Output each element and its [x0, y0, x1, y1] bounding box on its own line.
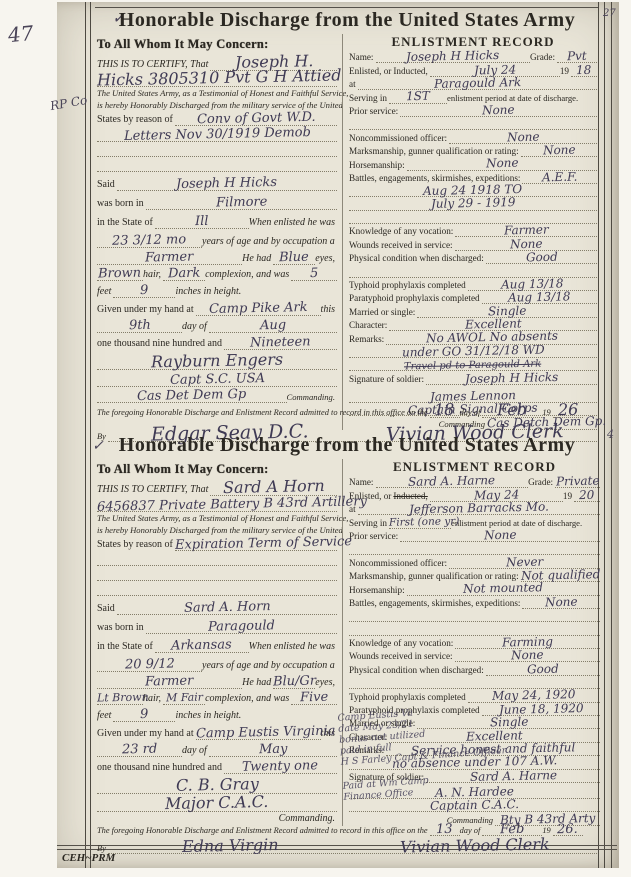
- wounds-handwritten: None: [509, 239, 542, 249]
- character-label: Character:: [349, 320, 389, 331]
- finance-paid-stamp-lines: Camp Eustis Va date May 23/21 bonus not …: [337, 702, 506, 768]
- blank-rule: [349, 129, 597, 130]
- reason-label: States by reason of: [97, 539, 175, 551]
- commanding-label: Commanding.: [287, 392, 337, 403]
- height-feet-handwritten: Five: [300, 693, 328, 703]
- reason-handwritten: Expiration Term of Service: [175, 537, 352, 550]
- character-handwritten: Excellent: [465, 319, 522, 329]
- officer-unit: Cas Det Dem Gp: [137, 390, 246, 402]
- vocation-label: Knowledge of any vocation:: [349, 638, 455, 649]
- blank-rule: [349, 635, 600, 636]
- blank-rule: [349, 223, 597, 224]
- marksmanship-handwritten: None: [542, 146, 575, 156]
- left-binding-rule-2: [90, 2, 91, 868]
- height-inches-handwritten: 9: [140, 286, 148, 296]
- when-enlisted-label: When enlisted he was: [249, 641, 337, 653]
- blank-rule: [97, 156, 337, 157]
- height-inches-handwritten: 9: [140, 710, 148, 720]
- day-handwritten: 9th: [128, 321, 150, 331]
- admitted-year: 26.: [557, 824, 578, 834]
- serving-label: Serving in: [349, 518, 389, 529]
- prior-service-label: Prior service:: [349, 531, 400, 542]
- admitted-day: 18: [434, 403, 455, 415]
- nco-label: Noncommissioned officer:: [349, 133, 449, 144]
- physical-handwritten: Good: [527, 664, 559, 674]
- enlisted-or-label: Enlisted, or: [349, 66, 393, 77]
- certificate-columns: To All Whom It May Concern: THIS IS TO C…: [97, 459, 597, 826]
- feet-label: feet: [97, 710, 113, 722]
- clerk-signature: Vivian Wood Clerk: [400, 838, 550, 853]
- enlist-date-handwritten: July 24: [474, 65, 516, 75]
- this-label: this: [321, 304, 337, 316]
- day-handwritten: 23 rd: [122, 745, 157, 755]
- feet-label: feet: [97, 286, 113, 298]
- year-handwritten: Twenty one: [242, 761, 318, 772]
- left-binding-rule-1: [85, 2, 86, 868]
- blank-rule: [97, 565, 337, 566]
- remarks-handwritten-2: under GO 31/12/18 WD: [402, 345, 545, 357]
- enlist-place-handwritten: Paragould Ark: [434, 78, 521, 89]
- age-handwritten: 20 9/12: [124, 659, 174, 670]
- by-label: By: [97, 844, 108, 854]
- said-name-handwritten: Joseph H Hicks: [176, 178, 277, 190]
- nco-handwritten: Never: [506, 557, 543, 567]
- admitted-day: 13: [436, 824, 453, 834]
- vocation-label: Knowledge of any vocation:: [349, 226, 455, 237]
- age-handwritten: 23 3/12 mo: [112, 235, 186, 246]
- said-name-handwritten: Sard A. Horn: [183, 602, 270, 614]
- certificate-columns: To All Whom It May Concern: THIS IS TO C…: [97, 34, 597, 430]
- blank-rule: [349, 554, 600, 555]
- typhoid-handwritten: May 24, 1920: [492, 691, 576, 702]
- state-label: in the State of: [97, 641, 155, 653]
- year-words-label: one thousand nine hundred and: [97, 338, 224, 350]
- at-label: at: [349, 79, 358, 90]
- reason-handwritten-2: Letters Nov 30/1919 Demob: [123, 128, 310, 142]
- year-handwritten: Nineteen: [250, 337, 311, 348]
- wounds-handwritten: None: [511, 651, 544, 661]
- month-handwritten: May: [259, 745, 288, 755]
- typhoid-handwritten: Aug 13/18: [501, 279, 564, 289]
- born-label: was born in: [97, 198, 146, 210]
- serving-post-label: enlistment period at date of discharge.: [451, 518, 584, 529]
- said-label: Said: [97, 179, 117, 191]
- occupation-handwritten: Farmer: [145, 252, 194, 263]
- officer-rank: Major C.A.C.: [165, 796, 269, 810]
- year-words-label: one thousand nine hundred and: [97, 762, 224, 774]
- scanned-register-page: 47 27 ✓ ✓ RP Co 4 CEH~PRM Honorable Disc…: [0, 0, 631, 877]
- grade-label: Grade:: [528, 477, 555, 488]
- married-handwritten: Single: [488, 306, 527, 316]
- day-of-label: day of: [182, 745, 209, 757]
- he-had-label: He had: [242, 677, 273, 689]
- paratyphoid-handwritten: June 18, 1920: [498, 704, 583, 715]
- vocation-handwritten: Farming: [502, 637, 553, 647]
- birthplace-handwritten: Paragould: [208, 621, 275, 632]
- discharge-certificate-1: Honorable Discharge from the United Stat…: [97, 9, 597, 430]
- soldier-name-handwritten: Sard A Horn: [223, 480, 325, 494]
- officer-rank: Capt S.C. USA: [169, 374, 264, 386]
- serving-label: Serving in: [349, 93, 389, 104]
- vocation-handwritten: Farmer: [504, 226, 549, 236]
- horsemanship-handwritten: Not mounted: [463, 583, 543, 594]
- inches-label: inches in height.: [175, 710, 243, 722]
- nco-handwritten: None: [507, 132, 540, 142]
- grade-handwritten: Private: [556, 477, 600, 487]
- complexion-label: complexion, and was: [205, 269, 291, 281]
- prior-service-handwritten: None: [482, 105, 515, 115]
- physical-label: Physical condition when discharged:: [349, 665, 486, 676]
- certificate-title: Honorable Discharge from the United Stat…: [97, 434, 597, 456]
- prior-service-label: Prior service:: [349, 106, 400, 117]
- occupation-handwritten: Farmer: [145, 676, 194, 687]
- soldier-serial-unit-handwritten: Hicks 3805310 Pvt G H Attied: [97, 69, 342, 86]
- admitted-month: Feb: [497, 403, 527, 416]
- nco-label: Noncommissioned officer:: [349, 558, 449, 569]
- officer-signature: C. B. Gray: [175, 778, 258, 792]
- officer-signature: Rayburn Engers: [151, 354, 283, 369]
- folio-number-right: 27: [603, 8, 616, 19]
- hair-handwritten: Lt Brown: [97, 693, 149, 702]
- day-of-label: day of: [460, 826, 483, 836]
- physical-label: Physical condition when discharged:: [349, 253, 486, 264]
- hair-handwritten: Brown: [98, 269, 141, 280]
- paratyphoid-label: Paratyphoid prophylaxis completed: [349, 293, 482, 304]
- record-name-handwritten: Joseph H Hicks: [406, 51, 499, 62]
- inches-label: inches in height.: [175, 286, 243, 298]
- grade-handwritten: Pvt: [567, 52, 587, 61]
- testimonial-line-1: The United States Army, as a Testimonial…: [97, 88, 350, 99]
- blank-rule: [97, 595, 337, 596]
- reason-label: States by reason of: [97, 114, 175, 126]
- hair-label: hair,: [143, 269, 163, 281]
- right-binding-rule-2: [604, 2, 605, 868]
- inducted-label-struck: Inducted,: [393, 491, 429, 502]
- battles-label: Battles, engagements, skirmishes, expedi…: [349, 598, 522, 609]
- given-label: Given under my hand at: [97, 304, 196, 316]
- enlist-year-handwritten: 18: [576, 65, 591, 74]
- he-had-label: He had: [242, 253, 273, 265]
- married-label: Married or single:: [349, 307, 417, 318]
- when-enlisted-label: When enlisted he was: [249, 217, 337, 229]
- salutation: To All Whom It May Concern:: [97, 37, 269, 52]
- enlist-year-handwritten: 20: [579, 490, 594, 499]
- inducted-label: Inducted,: [393, 66, 429, 77]
- battles-handwritten-3: July 29 - 1919: [431, 199, 516, 210]
- serving-handwritten: First (one yr): [389, 519, 460, 528]
- soldier-signature-label: Signature of soldier:: [349, 374, 426, 385]
- age-label: years of age and by occupation a: [202, 660, 337, 672]
- battles-handwritten-1: None: [545, 597, 578, 607]
- admitted-month: Feb: [500, 824, 525, 834]
- grade-label: Grade:: [530, 52, 557, 63]
- given-label: Given under my hand at: [97, 728, 196, 740]
- horsemanship-label: Horsemanship:: [349, 160, 407, 171]
- eyes-label: eyes,: [315, 253, 337, 265]
- day-of-label: day of: [182, 321, 209, 333]
- name-label: Name:: [349, 52, 376, 63]
- recording-block-2: The foregoing Honorable Discharge and En…: [97, 822, 597, 854]
- state-handwritten: Arkansas: [171, 640, 232, 651]
- recorder-signature: Edna Virgin: [182, 839, 279, 853]
- horsemanship-handwritten: None: [485, 159, 518, 169]
- enlistment-record-column: ENLISTMENT RECORD Name: Joseph H Hicks G…: [342, 34, 597, 430]
- state-handwritten: Ill: [195, 217, 209, 227]
- year-prefix: 19: [563, 491, 574, 502]
- commanding-officer-signature: A. N. Hardee: [435, 787, 514, 798]
- soldier-signature-handwritten: Joseph H Hicks: [465, 373, 558, 384]
- certificate-body-column: To All Whom It May Concern: THIS IS TO C…: [97, 459, 337, 826]
- blank-rule: [349, 621, 600, 622]
- height-feet-handwritten: 5: [310, 269, 318, 279]
- place-issued-handwritten: Camp Eustis Virginia: [196, 727, 336, 740]
- soldier-signature-handwritten: Sard A. Harne: [469, 771, 556, 782]
- age-label: years of age and by occupation a: [202, 236, 337, 248]
- testimonial-line-1: The United States Army, as a Testimonial…: [97, 513, 350, 524]
- certificate-title: Honorable Discharge from the United Stat…: [97, 9, 597, 31]
- eyes-label: eyes,: [315, 677, 337, 689]
- blank-rule: [97, 580, 337, 581]
- state-label: in the State of: [97, 217, 155, 229]
- wounds-label: Wounds received in service:: [349, 651, 455, 662]
- complexion-handwritten: Dark: [168, 269, 200, 279]
- blank-rule: [97, 171, 337, 172]
- typhoid-label: Typhoid prophylaxis completed: [349, 280, 468, 291]
- salutation: To All Whom It May Concern:: [97, 462, 269, 477]
- paratyphoid-handwritten: Aug 13/18: [508, 293, 571, 303]
- discharge-certificate-2: Honorable Discharge from the United Stat…: [97, 434, 597, 826]
- remarks-handwritten-3: Travel pd to Paragould Ark: [404, 361, 541, 371]
- birthplace-handwritten: Filmore: [216, 197, 268, 208]
- enlistment-record-column: ENLISTMENT RECORD Name: Sard A. Harne Gr…: [342, 459, 600, 826]
- admitted-label: The foregoing Honorable Discharge and En…: [97, 408, 430, 418]
- admitted-year: 26: [557, 403, 578, 415]
- typhoid-label: Typhoid prophylaxis completed: [349, 692, 468, 703]
- top-rule: [95, 7, 598, 8]
- serving-handwritten: 1ST: [406, 92, 430, 101]
- margin-note-right: 4: [607, 428, 614, 441]
- name-label: Name:: [349, 477, 376, 488]
- wounds-label: Wounds received in service:: [349, 240, 455, 251]
- year-prefix: 19: [542, 408, 552, 418]
- eyes-handwritten: Blue: [279, 253, 309, 263]
- certificate-body-column: To All Whom It May Concern: THIS IS TO C…: [97, 34, 337, 430]
- said-label: Said: [97, 603, 117, 615]
- remarks-label: Remarks:: [349, 334, 386, 345]
- battles-handwritten-1: A.E.F.: [542, 172, 578, 182]
- soldier-serial-unit-handwritten: 6456837 Private Battery B 43rd Artillery: [97, 497, 367, 512]
- commanding-officer-rank: Captain C.A.C.: [430, 800, 519, 811]
- born-label: was born in: [97, 622, 146, 634]
- folio-number-left: 47: [7, 21, 35, 48]
- month-handwritten: Aug: [260, 321, 286, 331]
- day-of-label: day of: [460, 408, 483, 418]
- record-name-handwritten: Sard A. Harne: [408, 476, 495, 487]
- enlist-date-handwritten: May 24: [474, 490, 519, 500]
- certify-label: THIS IS TO CERTIFY, That: [97, 484, 210, 496]
- marksmanship-handwritten: Not qualified: [521, 570, 601, 581]
- place-issued-handwritten: Camp Pike Ark: [209, 303, 308, 315]
- prior-service-handwritten: None: [484, 530, 517, 540]
- enlist-place-handwritten: Jefferson Barracks Mo.: [409, 503, 549, 515]
- horsemanship-label: Horsemanship:: [349, 585, 407, 596]
- eyes-handwritten: Blu/Gr: [273, 677, 316, 688]
- physical-handwritten: Good: [525, 253, 557, 263]
- reason-handwritten: Conv of Govt W.D.: [197, 113, 316, 125]
- year-prefix: 19: [560, 66, 571, 77]
- complexion-label: complexion, and was: [205, 693, 291, 705]
- complexion-handwritten: M Fair: [165, 694, 202, 703]
